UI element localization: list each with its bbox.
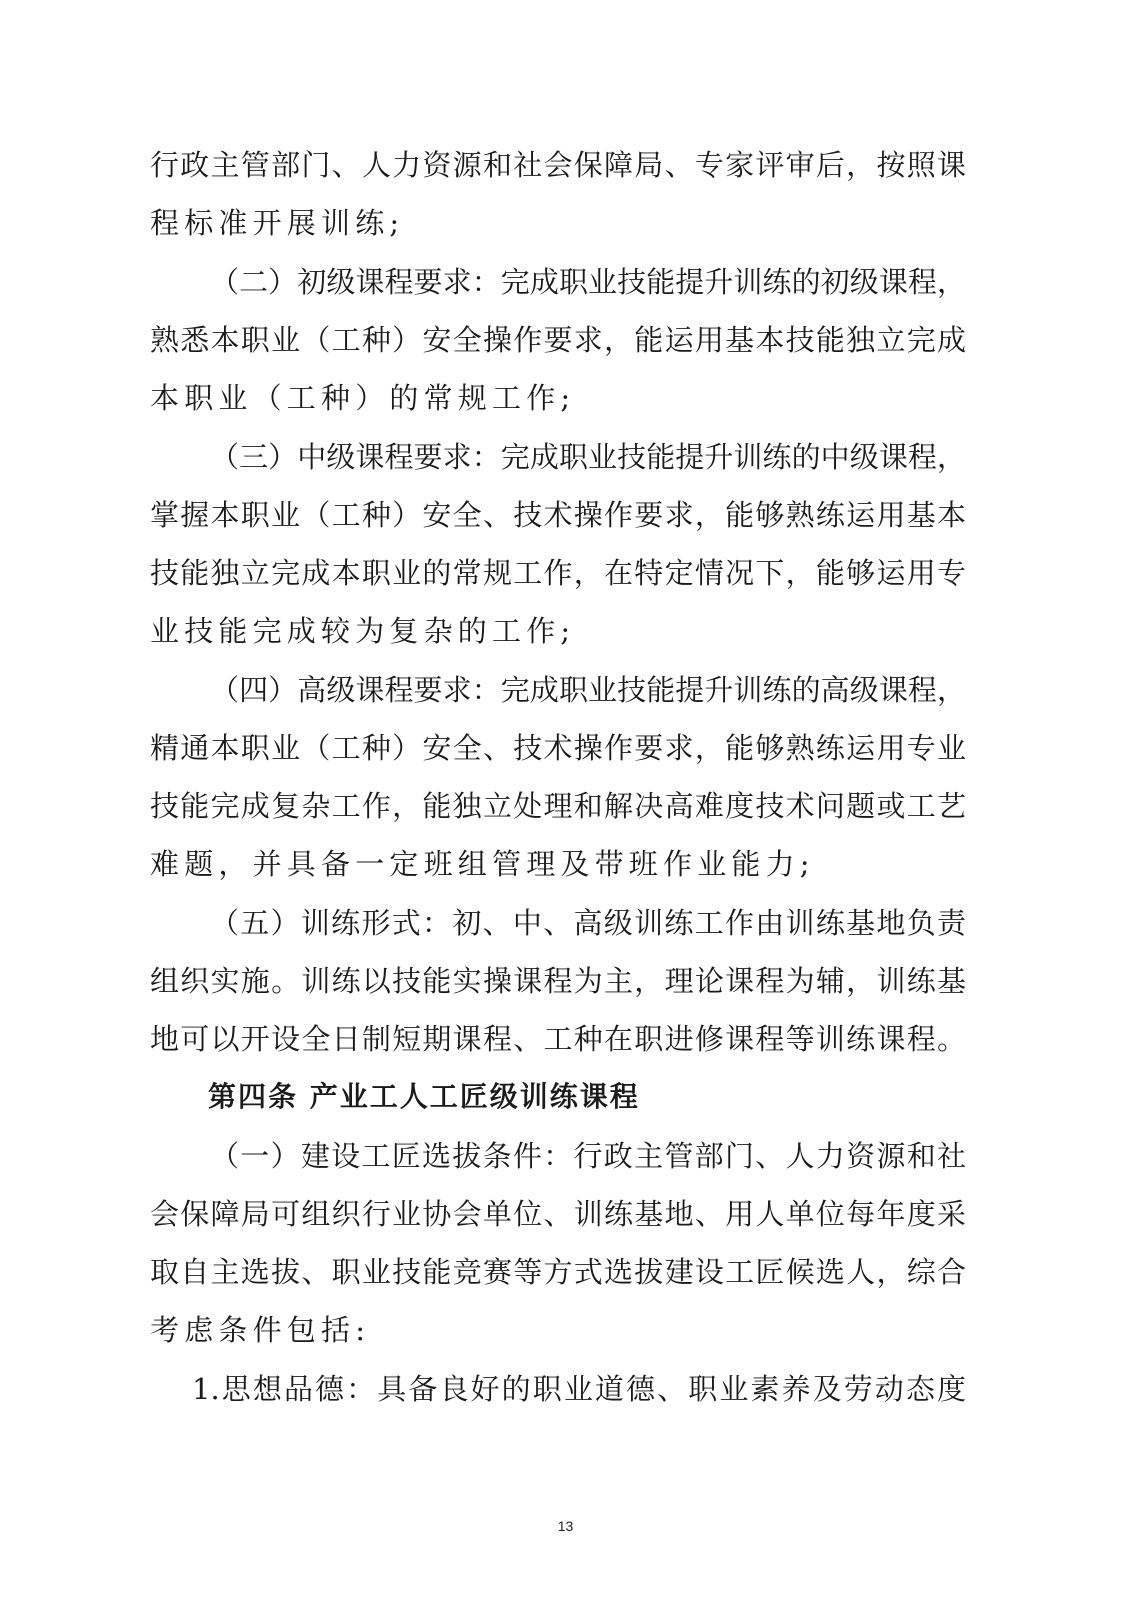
paragraph-line: 难题，并具备一定班组管理及带班作业能力; [150,844,966,884]
paragraph-line: 精通本职业（工种）安全、技术操作要求，能够熟练运用专业 [150,728,966,768]
paragraph-line: 组织实施。训练以技能实操课程为主，理论课程为辅，训练基 [150,961,966,1001]
paragraph-line: 掌握本职业（工种）安全、技术操作要求，能够熟练运用基本 [150,495,966,535]
section-item-1-line: （一）建设工匠选拔条件：行政主管部门、人力资源和社 [210,1136,966,1176]
section-item-5-line: （五）训练形式：初、中、高级训练工作由训练基地负责 [210,903,966,943]
paragraph-line: 会保障局可组织行业协会单位、训练基地、用人单位每年度采 [150,1194,966,1234]
paragraph-line: 技能完成复杂工作，能独立处理和解决高难度技术问题或工艺 [150,786,966,826]
page-number: 13 [0,1518,1131,1534]
section-item-3-line: （三）中级课程要求：完成职业技能提升训练的中级课程， [210,437,966,477]
paragraph-line: 行政主管部门、人力资源和社会保障局、专家评审后，按照课 [150,145,966,185]
article-heading: 第四条 产业工人工匠级训练课程 [208,1077,808,1117]
paragraph-line: 本职业（工种）的常规工作; [150,378,966,418]
numbered-item-line: 1.思想品德：具备良好的职业道德、职业素养及劳动态度 [192,1369,966,1409]
paragraph-line: 技能独立完成本职业的常规工作，在特定情况下，能够运用专 [150,553,966,593]
paragraph-line: 考虑条件包括: [150,1310,966,1350]
section-item-4-line: （四）高级课程要求：完成职业技能提升训练的高级课程， [210,670,966,710]
section-item-2-line: （二）初级课程要求：完成职业技能提升训练的初级课程， [210,262,966,302]
paragraph-line: 地可以开设全日制短期课程、工种在职进修课程等训练课程。 [150,1019,966,1059]
paragraph-line: 程标准开展训练; [150,203,966,243]
document-page: 行政主管部门、人力资源和社会保障局、专家评审后，按照课 程标准开展训练; （二）… [0,0,1131,1600]
paragraph-line: 业技能完成较为复杂的工作; [150,611,966,651]
paragraph-line: 取自主选拔、职业技能竞赛等方式选拔建设工匠候选人，综合 [150,1252,966,1292]
paragraph-line: 熟悉本职业（工种）安全操作要求，能运用基本技能独立完成 [150,320,966,360]
